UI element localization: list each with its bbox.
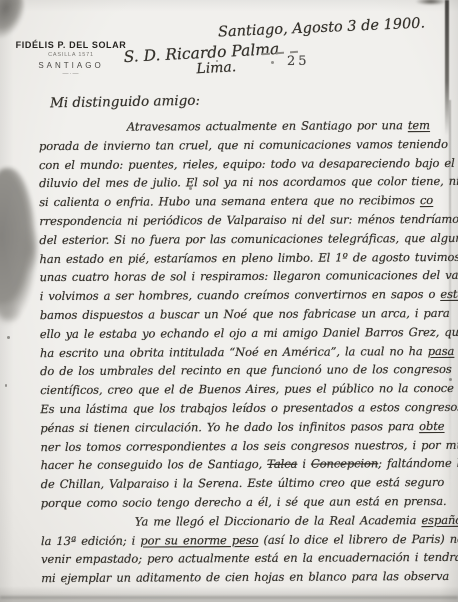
body-text: si calienta o enfria. Hubo una semana en… [39,193,420,209]
underlined-text: por su enorme peso [140,532,258,547]
underlined-text: está [440,287,458,301]
body-text: han estado en pié, estaríamos en pleno l… [39,249,458,265]
letter-body-line: porque como socio tengo derecho a él, i … [41,492,453,513]
letterhead: FIDÉLIS P. DEL SOLAR CASILLA 1571 SANTIA… [15,40,127,77]
letter-body-line: ello ya le estaba yo echando el ojo a mi… [40,323,452,344]
letter-body-line: científicos, creo que el de Buenos Aires… [40,379,452,400]
body-text: Ya me llegó el Diccionario de la Real Ac… [135,513,422,529]
letter-body-line: rrespondencia ni periódicos de Valparais… [39,210,451,231]
letter-body-line: ner los tomos correspondientes a los sei… [40,435,452,456]
letter-body-line: de Chillan, Valparaiso i la Serena. Este… [41,473,453,494]
scan-bottom-streak [0,596,458,599]
salutation: Mi distinguido amigo: [50,93,200,112]
body-text: (así lo dice el librero de Paris) no pud… [258,531,458,546]
struck-text: Talca [267,457,297,471]
scan-blot-left-edge-2 [18,225,40,273]
body-text: con el mundo: puentes, rieles, equipo: t… [39,155,455,171]
letter-body-line: Atravesamos actualmente en Santiago por … [39,116,451,137]
underlined-text: co [420,193,433,207]
letter-body-line: con el mundo: puentes, rieles, equipo: t… [39,154,451,175]
letterhead-city: SANTIAGO [15,61,127,70]
body-text: ner los tomos correspondientes a los sei… [40,437,458,453]
letterhead-name: FIDÉLIS P. DEL SOLAR [15,40,127,50]
body-text: del esterior. Si no fuera por las comuni… [39,231,458,247]
body-text: i volvimos a ser hombres, cuando creímos… [40,287,441,303]
body-text: do de los umbrales del recinto en que fu… [40,362,452,378]
letter-body-line: si calienta o enfria. Hubo una semana en… [39,191,451,212]
body-text: porque como socio tengo derecho a él, i … [41,494,447,510]
letter-body-line: Es una lástima que los trabajos leídos o… [40,398,452,419]
letter-body: Atravesamos actualmente en Santiago por … [39,116,453,588]
letter-body-line: hacer he conseguido los de Santiago, Tal… [41,454,453,475]
letter-body-line: do de los umbrales del recinto en que fu… [40,360,452,381]
ink-speck [5,384,7,387]
body-text: la 13ª edición; i [41,533,140,548]
letterhead-address: CASILLA 1571 [15,52,127,58]
scanned-letter-page: FIDÉLIS P. DEL SOLAR CASILLA 1571 SANTIA… [0,0,458,602]
archive-page-number: 25 [287,54,310,69]
struck-text: Concepcion [311,457,378,471]
body-text: Atravesamos actualmente en Santiago por … [127,118,408,133]
body-text: hacer he conseguido los de Santiago, [41,457,268,472]
letter-body-line: del esterior. Si no fuera por las comuni… [39,229,451,250]
underlined-text: pasa [428,343,455,357]
underlined-text: españo [421,513,458,527]
underlined-text: obte [419,419,444,433]
letter-body-line: bamos dispuestos a buscar un Noé que nos… [40,304,452,325]
letterhead-ornament: —·— [15,71,127,77]
letter-body-line: porada de invierno tan cruel, que ni com… [39,135,451,156]
scan-bottom-shadow [0,586,458,602]
body-text: diluvio del mes de julio. El sol ya ni n… [39,174,458,190]
letter-body-line: Ya me llegó el Diccionario de la Real Ac… [41,511,453,532]
addressee-block: S. D. Ricardo Palma Lima. [123,40,280,81]
body-text: de Chillan, Valparaiso i la Serena. Este… [41,475,445,491]
body-text: pénas si tienen circulación. Yo he dado … [40,419,419,435]
scan-blot-left-edge-3 [0,300,22,326]
letter-body-line: diluvio del mes de julio. El sol ya ni n… [39,172,451,193]
body-text: bamos dispuestos a buscar un Noé que nos… [40,306,450,322]
letter-body-line: la 13ª edición; i por su enorme peso (as… [41,529,453,550]
body-text: científicos, creo que el de Buenos Aires… [40,381,458,397]
body-text: unas cuatro horas de sol i respiramos: l… [40,268,458,284]
body-text: mi ejemplar un aditamento de cien hojas … [41,569,449,585]
letter-body-line: mi ejemplar un aditamento de cien hojas … [41,567,453,588]
underlined-text: tem [408,118,430,132]
body-text: ello ya le estaba yo echando el ojo a mi… [40,325,458,341]
body-text: ; faltándome los [378,456,458,470]
body-text: Es una lástima que los trabajos leídos o… [40,400,458,416]
letter-body-line: han estado en pié, estaríamos en pleno l… [39,248,451,269]
ink-speck [7,336,10,339]
body-text: venir empastado; pero actualmente está e… [41,550,458,566]
letter-body-line: ha escrito una obrita intitulada “Noé en… [40,341,452,362]
body-text: rrespondencia ni periódicos de Valparais… [39,212,458,228]
scan-mark-top-right [416,0,446,5]
letter-body-line: i volvimos a ser hombres, cuando creímos… [40,285,452,306]
body-text: porada de invierno tan cruel, que ni com… [39,137,448,153]
letter-body-line: pénas si tienen circulación. Yo he dado … [40,417,452,438]
letter-body-line: venir empastado; pero actualmente está e… [41,548,453,569]
body-text: ha escrito una obrita intitulada “Noé en… [40,344,428,360]
body-text: i [297,457,311,471]
scan-smudge-top-left [0,0,30,44]
dateline: Santiago, Agosto 3 de 1900. [218,15,426,40]
letter-body-line: unas cuatro horas de sol i respiramos: l… [40,266,452,287]
